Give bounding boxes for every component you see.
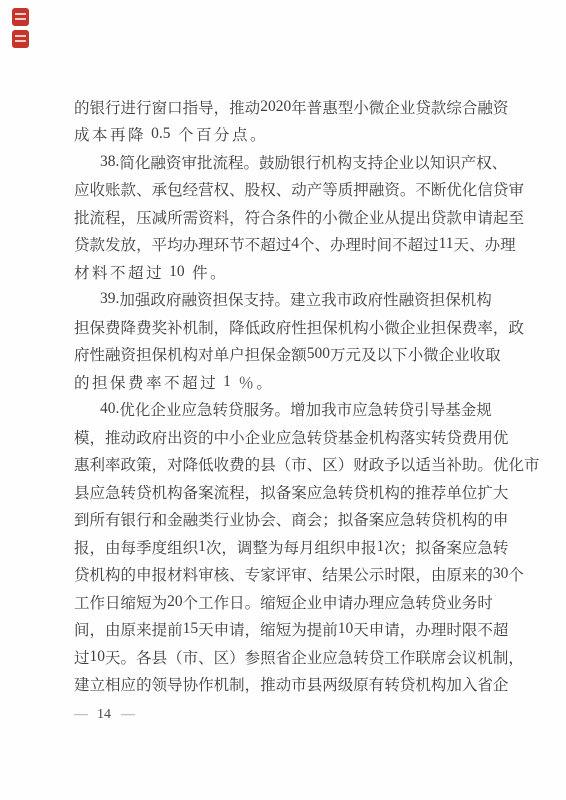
text-line: 县应急转贷机构备案流程，拟备案应急转贷机构的推荐单位扩大 bbox=[74, 478, 492, 506]
text-line: 间，由原来提前15天申请，缩短为提前10天申请，办理时限不超 bbox=[74, 616, 492, 644]
text-line: 38.简化融资审批流程。鼓励银行机构支持企业以知识产权、 bbox=[74, 148, 492, 176]
text-line: 府性融资担保机构对单户担保金额500万元及以下小微企业收取 bbox=[74, 341, 492, 369]
page-number: 14 bbox=[97, 707, 111, 723]
text-line: 到所有银行和金融类行业协会、商会；拟备案应急转贷机构的申 bbox=[74, 506, 492, 534]
footer-dash-right: — bbox=[121, 707, 134, 723]
text-line: 工作日缩短为20个工作日。缩短企业申请办理应急转贷业务时 bbox=[74, 588, 492, 616]
text-line: 40.优化企业应急转贷服务。增加我市应急转贷引导基金规 bbox=[74, 396, 492, 424]
page-footer: — 14 — bbox=[74, 707, 134, 723]
text-line: 批流程，压减所需资料，符合条件的小微企业从提出贷款申请起至 bbox=[74, 203, 492, 231]
text-line: 材料不超过10件。 bbox=[74, 258, 492, 286]
text-line: 过10天。各县（市、区）参照省企业应急转贷工作联席会议机制， bbox=[74, 643, 492, 671]
document-page: 的银行进行窗口指导，推动2020年普惠型小微企业贷款综合融资成本再降0.5个百分… bbox=[0, 0, 566, 800]
text-block: 的银行进行窗口指导，推动2020年普惠型小微企业贷款综合融资成本再降0.5个百分… bbox=[74, 93, 492, 698]
text-line: 贷款发放，平均办理环节不超过4个、办理时间不超过11天、办理 bbox=[74, 231, 492, 259]
text-line: 惠利率政策，对降低收费的县（市、区）财政予以适当补助。优化市 bbox=[74, 451, 492, 479]
text-line: 担保费降费奖补机制，降低政府性担保机构小微企业担保费率，政 bbox=[74, 313, 492, 341]
footer-dash-left: — bbox=[74, 707, 87, 723]
text-line: 报，由每季度组织1次，调整为每月组织申报1次；拟备案应急转 bbox=[74, 533, 492, 561]
text-line: 贷机构的申报材料审核、专家评审、结果公示时限，由原来的30个 bbox=[74, 561, 492, 589]
text-line: 成本再降0.5个百分点。 bbox=[74, 121, 492, 149]
text-line: 应收账款、承包经营权、股权、动产等质押融资。不断优化信贷审 bbox=[74, 176, 492, 204]
text-line: 的银行进行窗口指导，推动2020年普惠型小微企业贷款综合融资 bbox=[74, 93, 492, 121]
red-stamp-icon bbox=[12, 8, 29, 26]
text-line: 39.加强政府融资担保支持。建立我市政府性融资担保机构 bbox=[74, 286, 492, 314]
text-line: 模，推动政府出资的中小企业应急转贷基金机构落实转贷费用优 bbox=[74, 423, 492, 451]
text-line: 的担保费率不超过1％。 bbox=[74, 368, 492, 396]
text-line: 建立相应的领导协作机制，推动市县两级原有转贷机构加入省企 bbox=[74, 671, 492, 699]
red-stamp-icon bbox=[12, 30, 29, 48]
